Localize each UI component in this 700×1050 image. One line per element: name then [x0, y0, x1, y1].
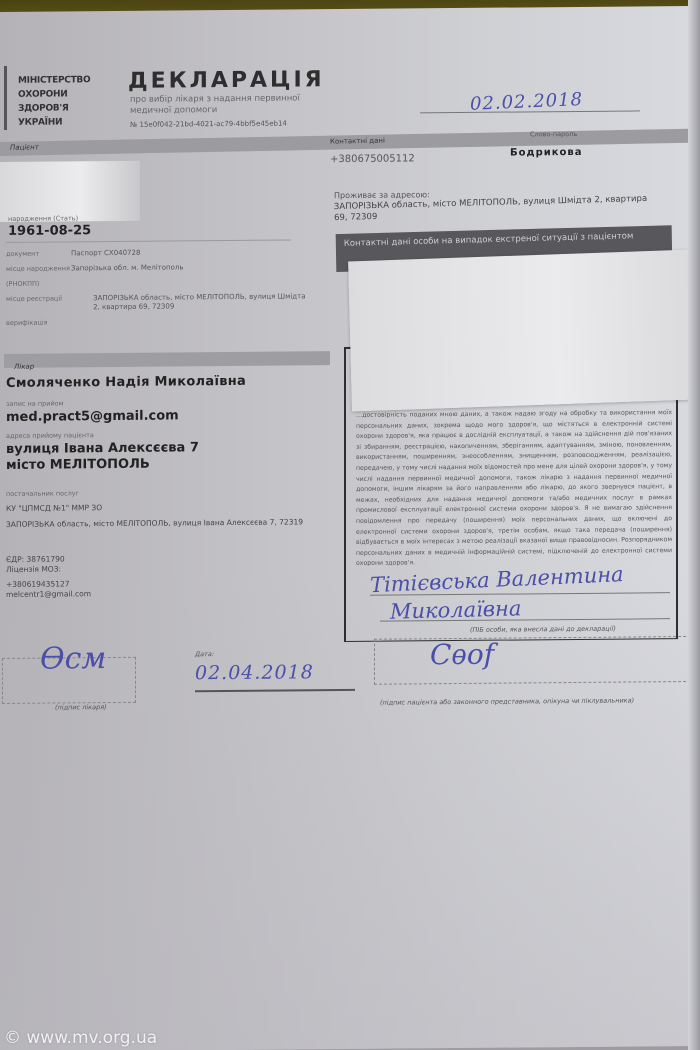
declaration-number: № 15e0f042-21bd-4021-ac79-4bbf5e45eb14 [130, 119, 287, 128]
doctor-section-band: Лікар [4, 351, 330, 368]
detail-row: місце народження Запорізька обл. м. Мелі… [6, 262, 306, 274]
patient-secret-word: Бодрикова [510, 147, 582, 159]
patient-details: документ Паспорт СХ040728 місце народжен… [6, 247, 306, 328]
document-subtitle: про вибір лікаря з надання первинної мед… [130, 93, 330, 117]
watermark: © www.mv.org.ua [4, 1028, 157, 1048]
birth-date-label: народження (Стать) [8, 214, 78, 223]
detail-row: документ Паспорт СХ040728 [6, 247, 306, 259]
date-label: Дата: [195, 650, 214, 658]
ministry-logo: МІНІСТЕРСТВО ОХОРОНИ ЗДОРОВ'Я УКРАЇНИ [18, 73, 108, 130]
privacy-cover-note [0, 161, 140, 222]
provider-registry: ЄДР: 38761790 Ліцензія МОЗ: [6, 554, 65, 575]
patient-signature: Сѳоf [430, 638, 494, 672]
provider-contacts: +380619435127 melcentr1@gmail.com [6, 579, 91, 600]
detail-row: місце реєстрації ЗАПОРІЗЬКА область, міс… [6, 292, 306, 313]
consent-text: …достовірність поданих мною даних, а так… [356, 408, 672, 570]
provider-address: ЗАПОРІЗЬКА область, місто МЕЛІТОПОЛЬ, ву… [6, 517, 336, 530]
doctor-signature: Ѳсм [40, 641, 106, 677]
provider-name: КУ "ЦПМСД №1" ММР ЗО [6, 503, 102, 513]
document-title: ДЕКЛАРАЦІЯ [128, 67, 325, 94]
ministry-logo-bar [4, 66, 7, 130]
declaration-paper: МІНІСТЕРСТВО ОХОРОНИ ЗДОРОВ'Я УКРАЇНИ ДЕ… [0, 6, 690, 1050]
page-edge-shadow [688, 0, 700, 1050]
provider-label: постачальник послуг [6, 489, 79, 498]
doctor-email: med.pract5@gmail.com [6, 408, 179, 425]
birth-date: 1961-08-25 [8, 223, 91, 239]
doctor-address: вулиця Івана Алексєєва 7 місто МЕЛІТОПОЛ… [6, 440, 199, 474]
detail-row: (РНОКПП) [6, 277, 306, 289]
residence-label: Проживає за адресою: [334, 190, 430, 200]
privacy-cover-note [348, 249, 700, 411]
patient-section-band: Пацієнт Контактні дані [0, 129, 690, 156]
patient-signature-field [374, 636, 700, 685]
signer-caption: (ПІБ особи, яка внесла дані до деклараці… [470, 625, 616, 634]
patient-phone: +380675005112 [330, 153, 415, 165]
doctor-name: Смоляченко Надія Миколаївна [6, 374, 246, 391]
detail-row: верифікація [6, 316, 306, 328]
signature-date: 02.04.2018 [195, 661, 314, 684]
doctor-signature-caption: (підпис лікаря) [55, 703, 107, 711]
secret-word-label: Слово-пароль [530, 130, 577, 138]
